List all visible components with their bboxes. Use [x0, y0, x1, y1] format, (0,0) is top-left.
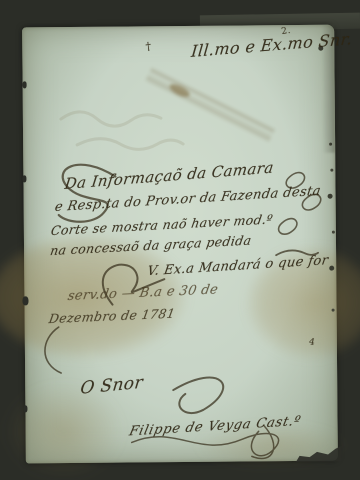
dezembro-paren	[45, 327, 61, 373]
line3-end-curl	[278, 219, 297, 235]
manuscript-page: Ill.mo e Ex.mo Snr. † 2. 4 Da Informaçaõ…	[22, 25, 338, 464]
snor-paraph	[173, 377, 223, 413]
manuscript-scan: Ill.mo e Ex.mo Snr. † 2. 4 Da Informaçaõ…	[0, 0, 360, 480]
archival-mark-top-right: 2.	[281, 26, 292, 37]
showthrough-trace-1	[61, 111, 161, 126]
showthrough-trace-2	[77, 138, 183, 150]
archival-mark-top-center: †	[145, 40, 152, 54]
